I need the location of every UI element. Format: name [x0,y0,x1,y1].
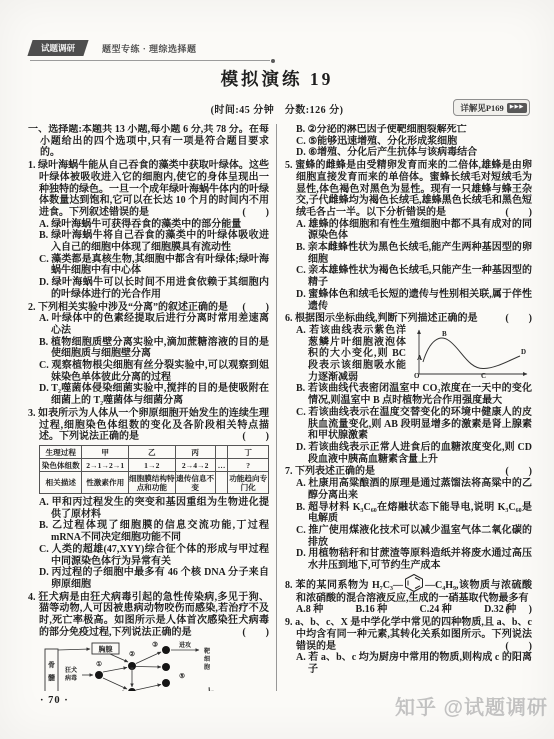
question-7: 7. 下列表述正确的是( ) A. 杜康用高粱酿酒的原理是通过蒸馏法将高粱中的乙… [285,466,532,571]
table-cell: 丁 [228,446,269,459]
table-cell: 甲 [82,446,128,459]
question-options: A. 雄蜂的体细胞和有性生殖细胞中都不具有成对的同源染色体 B. 亲本雌蜂性状为… [285,219,532,313]
answer-bracket: ( ) [253,302,269,314]
table-cell [215,446,228,459]
option-c: C. 观察植物根尖细胞有丝分裂实验中,可以观察到姐妹染色单体彼此分离的过程 [39,360,269,383]
option-d: D. 蜜蜂体色和绒毛长短的遗传与性别相关联,属于伴性遗传 [296,289,532,312]
question-stem: 7. 下列表述正确的是( ) [285,466,532,478]
table-cell [215,472,228,494]
answer-bracket: ( ) [516,207,532,219]
t-cell [128,662,136,670]
point-c-label: C [481,372,486,378]
page-title: 模拟演练 19 [0,66,554,91]
answer-bracket: ( ) [253,627,269,639]
table-cell: 2→4→2 [175,459,215,472]
answer-bracket: ( ) [516,641,532,653]
attack-label: 进攻 [177,641,190,649]
table-cell: … [215,459,228,472]
section-tab-label: 题型专练 · 理综选择题 [102,42,197,55]
effector-t-cell [162,646,170,654]
bone-marrow-box [45,649,58,691]
section-instructions: 一、选择题:本题共 13 小题,每小题 6 分,共 78 分。在每小题给出的四个… [28,124,269,159]
brand-badge: 试题调研 [30,40,86,56]
question-stem: 5. 蜜蜂的雌蜂是由受精卵发育而来的二倍体,雄蜂是由卵细胞直接发育而来的单倍体。… [285,160,532,219]
table-cell: 细胞膜结构特点和功能 [128,472,175,494]
answer-bracket: ( ) [516,604,532,616]
question-2: 2. 下列相关实验中涉及“分离”的叙述正确的是( ) A. 叶绿体中的色素经提取… [28,302,269,407]
table-cell: 性激素作用 [82,472,128,494]
memory-b-cell [162,679,170,687]
process-table: 生理过程 甲 乙 丙 丁 染色体组数 2→1→2→1 1→2 2→4→2 … ? [39,445,269,494]
option-a: A. 绿叶海蜗牛可获得吞食的藻类中的部分能量 [39,219,269,231]
option-d: D. T₂噬菌体侵染细菌实验中,搅拌的目的是使吸附在细菌上的 T₂噬菌体与细菌分… [39,383,269,406]
origin-label: O [414,372,420,378]
target-cell-label: 靶 [203,647,209,655]
option-d: D. 丙过程的子细胞中最多有 46 个核 DNA 分子来自卵原细胞 [39,567,269,590]
question-stem: 3. 如表所示为人体从一个卵原细胞开始发生的连续生理过程,细胞染色体组数的变化及… [28,408,269,443]
question-options: A. 叶绿体中的色素经提取后进行分离时常用差速离心法 B. 植物细胞质壁分离实验… [28,313,269,407]
option-a: A. 杜康用高粱酿酒的原理是通过蒸馏法将高粱中的乙醇分离出来 [296,478,532,501]
two-column-body: 一、选择题:本题共 13 小题,每小题 6 分,共 78 分。在每小题给出的四个… [28,124,532,691]
option-a: A. 叶绿体中的色素经提取后进行分离时常用差速离心法 [39,313,269,336]
immune-process-diagram: 骨 髓 胸腺 狂犬 病毒 ① [42,640,256,691]
point-b-label: B [442,330,447,338]
table-cell: 丙 [175,446,215,459]
table-row: 相关描述 性激素作用 细胞膜结构特点和功能 遗传信息不变 功能趋向专门化 [40,472,269,494]
question-6: 6. 根据图示坐标曲线,判断下列描述正确的是( ) O A B C D A. 若… [285,313,532,465]
question-8: 8. 苯的某同系物为 H₇C₃——C₄H₉,该物质与浓硫酸和浓硝酸的混合溶液反应… [285,573,532,616]
benzene-ring-icon [403,573,425,593]
svg-text:病毒: 病毒 [63,674,76,682]
table-cell: 功能趋向专门化 [228,472,269,494]
table-cell: 1→2 [128,459,175,472]
answer-bracket: ( ) [253,431,269,443]
question-number: 6. [285,313,293,324]
point-d-label: D [521,348,526,356]
option-b: B. 乙过程体现了细胞膜的信息交流功能,丁过程mRNA不同决定细胞功能不同 [39,520,269,543]
option-d: D. ⑥增殖、分化后产生抗体与该病毒结合 [296,147,532,159]
option-c: C. 推广使用煤液化技术可以减少温室气体二氧化碳的排放 [296,525,532,548]
table-cell: 生理过程 [40,446,82,459]
option-a: A.8 种 [296,604,323,616]
label-3: ③ [152,641,158,649]
table-cell: 遗传信息不变 [175,472,215,494]
memory-t-cell [162,663,170,671]
answer-bracket: ( ) [516,466,532,478]
option-c: C. 若该曲线表示在温度交替变化的环境中健康人的皮肤血流量变化,则 AB 段明显… [296,407,532,442]
brand-label: 试题调研 [41,43,75,53]
question-options: A.8 种 B.16 种 C.24 种 D.32 种 [285,604,516,616]
option-a: A. 雄蜂的体细胞和有性生殖细胞中都不具有成对的同源染色体 [296,219,532,242]
answer-bracket: ( ) [253,207,269,219]
option-b: B.16 种 [356,604,388,616]
option-b: B. 若该曲线代表密闭温室中 CO₂浓度在一天中的变化情况,则温室中 B 点时植… [296,383,532,406]
question-stem: 1. 绿叶海蜗牛能从自己吞食的藻类中获取叶绿体。这些叶绿体被吸收进入它的细胞内,… [28,160,269,219]
option-c: C. 人类的超雄(47,XYY)综合征个体的形成与甲过程中同源染色体行为异常有关 [39,544,269,567]
question-number: 7. [285,466,293,477]
question-options: A. 甲和丙过程发生的突变和基因重组为生物进化提供了原材料 B. 乙过程体现了细… [28,497,269,591]
option-a: A. 若 a、b、c 均为厨房中常用的物质,则构成 c 的阳离子 [296,652,532,675]
left-column: 一、选择题:本题共 13 小题,每小题 6 分,共 78 分。在每小题给出的四个… [28,124,276,691]
question-stem: 6. 根据图示坐标曲线,判断下列描述正确的是( ) [285,313,532,325]
question-number: 2. [28,302,36,313]
option-b: B. ②分泌的淋巴因子使靶细胞裂解死亡 [296,124,532,136]
header-bar: 试题调研 题型专练 · 理综选择题 [30,40,270,61]
option-d: D.32 种 [484,604,516,616]
option-d: D. 用植物秸秆和甘蔗渣等原料造纸并将废水通过高压水井压到地下,可节约生产成本 [296,548,532,571]
answer-bracket: ( ) [516,313,532,325]
antibody-icons [191,688,213,691]
label-5: ⑤ [179,672,185,680]
right-column: B. ②分泌的淋巴因子使靶细胞裂解死亡 C. ⑤能够迅速增殖、分化形成浆细胞 D… [276,124,532,691]
label-2: ② [129,650,135,658]
question-options: A. 杜康用高粱酿酒的原理是通过蒸馏法将高粱中的乙醇分离出来 B. 超导材料 K… [285,478,532,572]
question-4: 4. 狂犬病是由狂犬病毒引起的急性传染病,多见于狗、猫等动物,人可因被患病动物咬… [28,592,269,691]
question-number: 8. [285,580,293,591]
question-stem: 2. 下列相关实验中涉及“分离”的叙述正确的是( ) [28,302,269,314]
table-row: 染色体组数 2→1→2→1 1→2 2→4→2 … ? [40,459,269,472]
table-cell: 乙 [128,446,175,459]
option-c: C. ⑤能够迅速增殖、分化形成浆细胞 [296,136,532,148]
b-cell [128,688,136,691]
option-b: B. 植物细胞质壁分离实验中,滴加蔗糖溶液的目的是使细胞质与细胞壁分离 [39,337,269,360]
thymus-label: 胸腺 [98,645,113,654]
question-stem: 9. a、b、c、X 是中学化学中常见的四种物质,且 a、b、c 中均含有同一种… [285,617,532,652]
svg-text:髓: 髓 [47,673,55,682]
question-5: 5. 蜜蜂的雌蜂是由受精卵发育而来的二倍体,雄蜂是由卵细胞直接发育而来的单倍体。… [285,160,532,312]
header-rule-dot [271,59,275,63]
question-1: 1. 绿叶海蜗牛能从自己吞食的藻类中获取叶绿体。这些叶绿体被吸收进入它的细胞内,… [28,160,269,300]
question-3: 3. 如表所示为人体从一个卵原细胞开始发生的连续生理过程,细胞染色体组数的变化及… [28,408,269,591]
zhihu-watermark: 知乎 @试题调研 [395,691,548,720]
option-c: C.24 种 [420,604,452,616]
option-b: B. 亲本雌蜂性状为黑色长绒毛,能产生两种基因型的卵细胞 [296,242,532,265]
option-c: C. 藻类都是真核生物,其细胞中都含有叶绿体;绿叶海蜗牛细胞中有中心体 [39,254,269,277]
question-options: O A B C D A. 若该曲线表示紫色洋葱鳞片叶细胞液泡体积的大小变化,则 … [285,325,532,465]
question-4-options-continued: B. ②分泌的淋巴因子使靶细胞裂解死亡 C. ⑤能够迅速增殖、分化形成浆细胞 D… [285,124,532,159]
svg-text:胞: 胞 [203,663,209,671]
option-a: A. 甲和丙过程发生的突变和基因重组为生物进化提供了原材料 [39,497,269,520]
question-number: 1. [28,160,36,171]
table-cell: ? [228,459,269,472]
question-number: 9. [285,617,293,628]
point-a-label: A [417,354,422,362]
option-c: C. 亲本雄蜂性状为褐色长绒毛,只能产生一种基因型的精子 [296,265,532,288]
question-9: 9. a、b、c、X 是中学化学中常见的四种物质,且 a、b、c 中均含有同一种… [285,617,532,676]
table-cell: 染色体组数 [40,459,82,472]
answer-reference-badge: 详解见P169 ▶▶▶ [453,99,530,116]
page-number: · 70 · [40,695,69,706]
phagocyte-cell [95,671,103,679]
question-options: A. 若 a、b、c 均为厨房中常用的物质,则构成 c 的阳离子 [285,652,532,675]
question-options: A. 绿叶海蜗牛可获得吞食的藻类中的部分能量 B. 绿叶海蜗牛将自己吞食的藻类中… [28,219,269,301]
bone-marrow-label: 骨 [48,660,55,669]
option-b: B. 绿叶海蜗牛将自己吞食的藻类中的叶绿体吸收进入自己的细胞中体现了细胞膜具有流… [39,230,269,253]
rabies-virus-label: 狂犬 [63,666,76,674]
label-1: ① [96,660,102,668]
answer-reference-label: 详解见P169 [460,102,503,114]
table-cell: 2→1→2→1 [82,459,128,472]
triple-arrow-icon: ▶▶▶ [507,103,527,113]
option-b: B. 超导材料 K₃C₆₀在熔融状态下能导电,说明 K₃C₆₀是电解质 [296,502,532,525]
table-cell: 相关描述 [40,472,82,494]
question-stem: 4. 狂犬病是由狂犬病毒引起的急性传染病,多见于狗、猫等动物,人可因被患病动物咬… [28,592,269,639]
exam-page: 试题调研 题型专练 · 理综选择题 模拟演练 19 (时间:45 分钟 分数:1… [0,0,554,739]
question-number: 5. [285,160,293,171]
option-d: D. 若该曲线表示正常人进食后的血糖浓度变化,则 CD 段血液中胰高血糖素含量上… [296,442,532,465]
svg-text:细: 细 [203,655,209,663]
coordinate-curve-graph: O A B C D [410,326,532,378]
option-d: D. 绿叶海蜗牛可以长时间不用进食依赖于其细胞内的叶绿体进行的光合作用 [39,277,269,300]
question-number: 4. [28,592,36,603]
question-stem: 8. 苯的某同系物为 H₇C₃——C₄H₉,该物质与浓硫酸和浓硝酸的混合溶液反应… [285,573,532,605]
question-number: 3. [28,408,36,419]
table-row: 生理过程 甲 乙 丙 丁 [40,446,269,459]
